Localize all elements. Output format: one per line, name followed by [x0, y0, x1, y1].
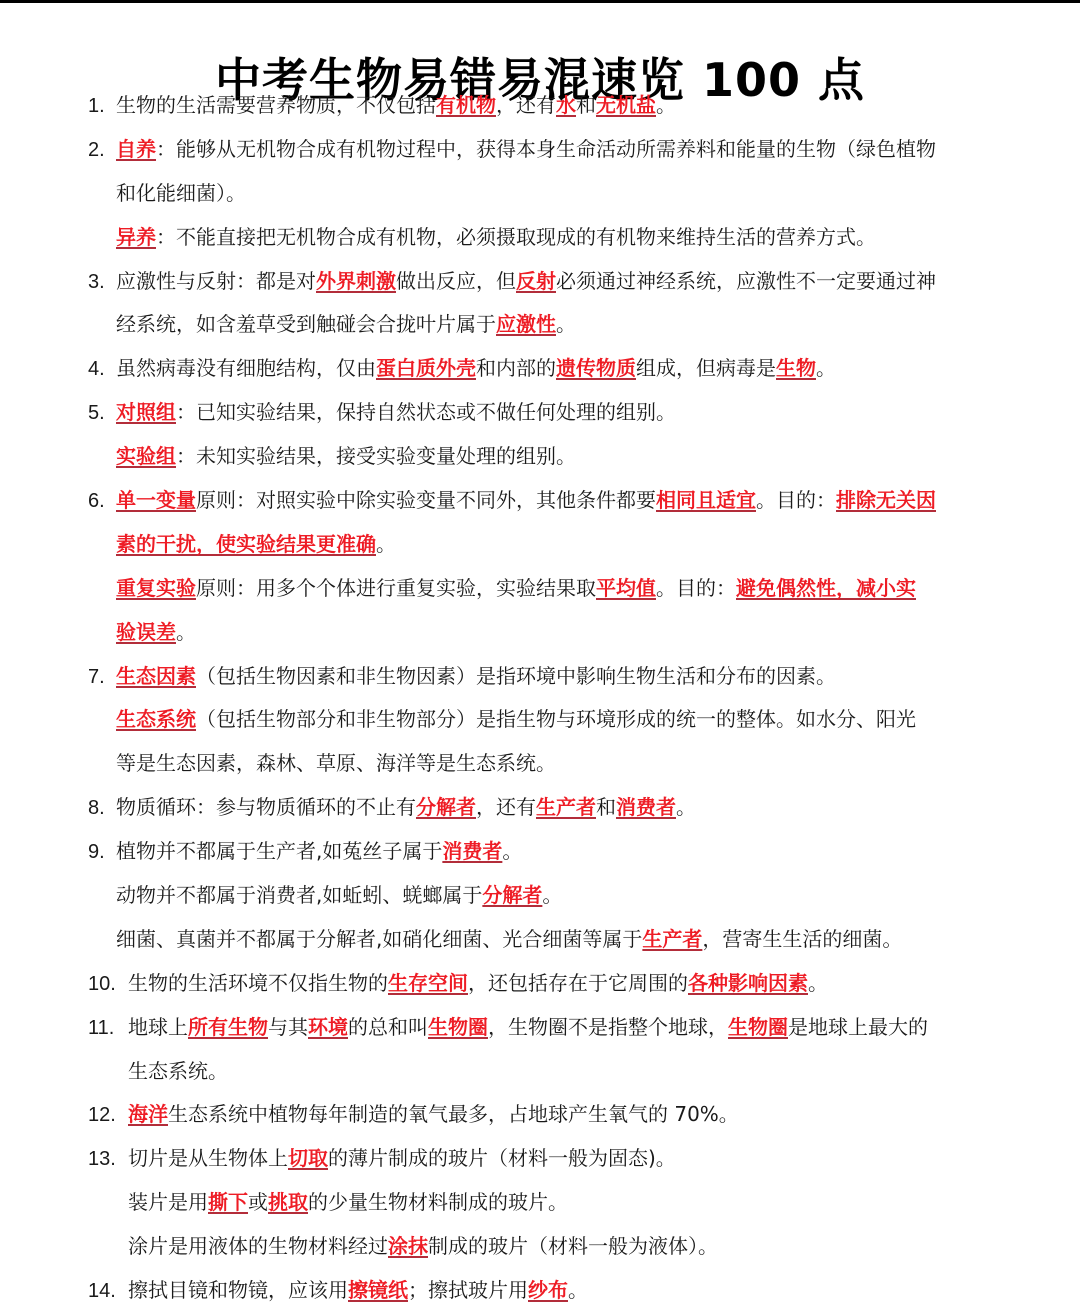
item-text: 。 [542, 883, 562, 907]
key-term: 平均值 [596, 576, 656, 600]
list-item: 8.物质循环：参与物质循环的不止有分解者，还有生产者和消费者。 [88, 786, 1008, 830]
item-text: ；擦拭玻片用 [408, 1278, 528, 1302]
key-term: 擦镜纸 [348, 1278, 408, 1302]
list-item: 6.单一变量原则：对照实验中除实验变量不同外，其他条件都要相同且适宜。目的：排除… [88, 479, 1008, 523]
item-text: 。 [376, 532, 396, 556]
item-text: 生态系统。 [128, 1059, 228, 1083]
key-term: 蛋白质外壳 [376, 356, 476, 380]
item-text: 擦拭目镜和物镜，应该用 [128, 1278, 348, 1302]
key-term: 单一变量 [116, 488, 196, 512]
item-text: 和化能细菌）。 [116, 181, 246, 205]
item-number: 2. [88, 129, 116, 173]
list-item: 1.生物的生活需要营养物质，不仅包括有机物，还有水和无机盐。 [88, 84, 1008, 128]
list-item-continuation: 异养：不能直接把无机物合成有机物，必须摄取现成的有机物来维持生活的营养方式。 [88, 216, 1008, 260]
key-term: 外界刺激 [316, 269, 396, 293]
key-term: 纱布 [528, 1278, 568, 1302]
item-text: 。 [808, 971, 828, 995]
key-term: 生物圈 [728, 1015, 788, 1039]
list-item: 4.虽然病毒没有细胞结构，仅由蛋白质外壳和内部的遗传物质组成，但病毒是生物。 [88, 347, 1008, 391]
item-text: 或 [248, 1190, 268, 1214]
item-text: 组成，但病毒是 [636, 356, 776, 380]
key-term: 生产者 [642, 927, 702, 951]
item-text: ，还有 [476, 795, 536, 819]
list-item: 13.切片是从生物体上切取的薄片制成的玻片（材料一般为固态)。 [88, 1137, 1008, 1181]
item-text: ，营寄生生活的细菌。 [702, 927, 902, 951]
item-text: 地球上 [128, 1015, 188, 1039]
list-item: 10.生物的生活环境不仅指生物的生存空间，还包括存在于它周围的各种影响因素。 [88, 962, 1008, 1006]
key-term: 异养 [116, 225, 156, 249]
key-term: 无机盐 [596, 93, 656, 117]
item-text: 等是生态因素，森林、草原、海洋等是生态系统。 [116, 751, 556, 775]
item-text: 。 [556, 312, 576, 336]
item-number: 12. [88, 1094, 128, 1138]
key-term: 避免偶然性，减小实 [736, 576, 916, 600]
item-text: 。 [676, 795, 696, 819]
item-text: 。 [176, 620, 196, 644]
list-item: 2.自养：能够从无机物合成有机物过程中，获得本身生命活动所需养料和能量的生物（绿… [88, 128, 1008, 172]
item-text: 细菌、真菌并不都属于分解者,如硝化细菌、光合细菌等属于 [116, 927, 642, 951]
item-text: 做出反应，但 [396, 269, 516, 293]
item-text: 生态系统中植物每年制造的氧气最多，占地球产生氧气的 70%。 [168, 1102, 739, 1126]
list-item-continuation: 动物并不都属于消费者,如蚯蚓、蜣螂属于分解者。 [88, 874, 1008, 918]
item-text: 必须通过神经系统，应激性不一定要通过神 [556, 269, 936, 293]
key-term: 消费者 [442, 839, 502, 863]
key-term: 自养 [116, 137, 156, 161]
item-text: 和内部的 [476, 356, 556, 380]
key-term: 素的干扰，使实验结果更准确 [116, 532, 376, 556]
key-term: 切取 [288, 1146, 328, 1170]
key-term: 所有生物 [188, 1015, 268, 1039]
key-term: 水 [556, 93, 576, 117]
note-list: 1.生物的生活需要营养物质，不仅包括有机物，还有水和无机盐。2.自养：能够从无机… [88, 84, 1008, 1308]
item-text: 与其 [268, 1015, 308, 1039]
key-term: 相同且适宜 [656, 488, 756, 512]
list-item-continuation: 生态系统（包括生物部分和非生物部分）是指生物与环境形成的统一的整体。如水分、阳光 [88, 698, 1008, 742]
item-text: （包括生物部分和非生物部分）是指生物与环境形成的统一的整体。如水分、阳光 [196, 707, 916, 731]
key-term: 生态因素 [116, 664, 196, 688]
key-term: 实验组 [116, 444, 176, 468]
item-text: 生物的生活需要营养物质，不仅包括 [116, 93, 436, 117]
key-term: 生产者 [536, 795, 596, 819]
list-item-continuation: 重复实验原则：用多个个体进行重复实验，实验结果取平均值。目的：避免偶然性，减小实 [88, 567, 1008, 611]
key-term: 各种影响因素 [688, 971, 808, 995]
key-term: 分解者 [482, 883, 542, 907]
key-term: 遗传物质 [556, 356, 636, 380]
item-text: 原则：对照实验中除实验变量不同外，其他条件都要 [196, 488, 656, 512]
list-item-continuation: 生态系统。 [88, 1050, 1008, 1094]
list-item-continuation: 实验组：未知实验结果，接受实验变量处理的组别。 [88, 435, 1008, 479]
item-text: 原则：用多个个体进行重复实验，实验结果取 [196, 576, 596, 600]
item-text: ，还有 [496, 93, 556, 117]
item-text: 和 [576, 93, 596, 117]
item-text: 虽然病毒没有细胞结构，仅由 [116, 356, 376, 380]
item-number: 13. [88, 1138, 128, 1182]
item-text: ：不能直接把无机物合成有机物，必须摄取现成的有机物来维持生活的营养方式。 [156, 225, 876, 249]
key-term: 生存空间 [388, 971, 468, 995]
key-term: 海洋 [128, 1102, 168, 1126]
item-number: 11. [88, 1007, 128, 1051]
item-text: 装片是用 [128, 1190, 208, 1214]
list-item-continuation: 等是生态因素，森林、草原、海洋等是生态系统。 [88, 742, 1008, 786]
item-text: 生物的生活环境不仅指生物的 [128, 971, 388, 995]
item-number: 9. [88, 831, 116, 875]
item-text: ，还包括存在于它周围的 [468, 971, 688, 995]
item-text: 经系统，如含羞草受到触碰会合拢叶片属于 [116, 312, 496, 336]
item-number: 14. [88, 1270, 128, 1308]
key-term: 有机物 [436, 93, 496, 117]
list-item: 3.应激性与反射：都是对外界刺激做出反应，但反射必须通过神经系统，应激性不一定要… [88, 260, 1008, 304]
item-text: ：未知实验结果，接受实验变量处理的组别。 [176, 444, 576, 468]
top-border [0, 0, 1080, 3]
key-term: 对照组 [116, 400, 176, 424]
key-term: 反射 [516, 269, 556, 293]
key-term: 涂抹 [388, 1234, 428, 1258]
list-item: 11.地球上所有生物与其环境的总和叫生物圈，生物圈不是指整个地球，生物圈是地球上… [88, 1006, 1008, 1050]
list-item-continuation: 经系统，如含羞草受到触碰会合拢叶片属于应激性。 [88, 303, 1008, 347]
item-text: 切片是从生物体上 [128, 1146, 288, 1170]
item-text: 的少量生物材料制成的玻片。 [308, 1190, 568, 1214]
item-text: （包括生物因素和非生物因素）是指环境中影响生物生活和分布的因素。 [196, 664, 836, 688]
item-text: 。目的： [656, 576, 736, 600]
key-term: 重复实验 [116, 576, 196, 600]
key-term: 生物圈 [428, 1015, 488, 1039]
key-term: 排除无关因 [836, 488, 936, 512]
key-term: 消费者 [616, 795, 676, 819]
item-number: 3. [88, 261, 116, 305]
list-item-continuation: 素的干扰，使实验结果更准确。 [88, 523, 1008, 567]
key-term: 撕下 [208, 1190, 248, 1214]
item-text: 和 [596, 795, 616, 819]
item-number: 8. [88, 787, 116, 831]
item-text: ：能够从无机物合成有机物过程中，获得本身生命活动所需养料和能量的生物（绿色植物 [156, 137, 936, 161]
key-term: 生物 [776, 356, 816, 380]
list-item: 9.植物并不都属于生产者,如菟丝子属于消费者。 [88, 830, 1008, 874]
item-text: 。 [568, 1278, 588, 1302]
list-item: 5.对照组：已知实验结果，保持自然状态或不做任何处理的组别。 [88, 391, 1008, 435]
item-number: 4. [88, 348, 116, 392]
item-text: 是地球上最大的 [788, 1015, 928, 1039]
item-text: ，生物圈不是指整个地球， [488, 1015, 728, 1039]
key-term: 分解者 [416, 795, 476, 819]
item-text: 动物并不都属于消费者,如蚯蚓、蜣螂属于 [116, 883, 482, 907]
list-item-continuation: 和化能细菌）。 [88, 172, 1008, 216]
item-text: 应激性与反射：都是对 [116, 269, 316, 293]
list-item: 7.生态因素（包括生物因素和非生物因素）是指环境中影响生物生活和分布的因素。 [88, 655, 1008, 699]
item-text: 。 [816, 356, 836, 380]
key-term: 生态系统 [116, 707, 196, 731]
item-text: ：已知实验结果，保持自然状态或不做任何处理的组别。 [176, 400, 676, 424]
item-number: 10. [88, 963, 128, 1007]
key-term: 应激性 [496, 312, 556, 336]
item-number: 7. [88, 656, 116, 700]
item-text: 。 [656, 93, 676, 117]
list-item: 12.海洋生态系统中植物每年制造的氧气最多，占地球产生氧气的 70%。 [88, 1093, 1008, 1137]
item-text: 制成的玻片（材料一般为液体）。 [428, 1234, 718, 1258]
key-term: 验误差 [116, 620, 176, 644]
item-text: 涂片是用液体的生物材料经过 [128, 1234, 388, 1258]
list-item-continuation: 细菌、真菌并不都属于分解者,如硝化细菌、光合细菌等属于生产者，营寄生生活的细菌。 [88, 918, 1008, 962]
item-number: 5. [88, 392, 116, 436]
list-item-continuation: 装片是用撕下或挑取的少量生物材料制成的玻片。 [88, 1181, 1008, 1225]
item-number: 1. [88, 85, 116, 129]
item-text: 物质循环：参与物质循环的不止有 [116, 795, 416, 819]
item-text: 植物并不都属于生产者,如菟丝子属于 [116, 839, 442, 863]
list-item: 14.擦拭目镜和物镜，应该用擦镜纸；擦拭玻片用纱布。 [88, 1269, 1008, 1308]
item-text: 。 [502, 839, 522, 863]
key-term: 环境 [308, 1015, 348, 1039]
item-number: 6. [88, 480, 116, 524]
item-text: 的薄片制成的玻片（材料一般为固态)。 [328, 1146, 676, 1170]
item-text: 的总和叫 [348, 1015, 428, 1039]
list-item-continuation: 涂片是用液体的生物材料经过涂抹制成的玻片（材料一般为液体）。 [88, 1225, 1008, 1269]
list-item-continuation: 验误差。 [88, 611, 1008, 655]
key-term: 挑取 [268, 1190, 308, 1214]
item-text: 。目的： [756, 488, 836, 512]
